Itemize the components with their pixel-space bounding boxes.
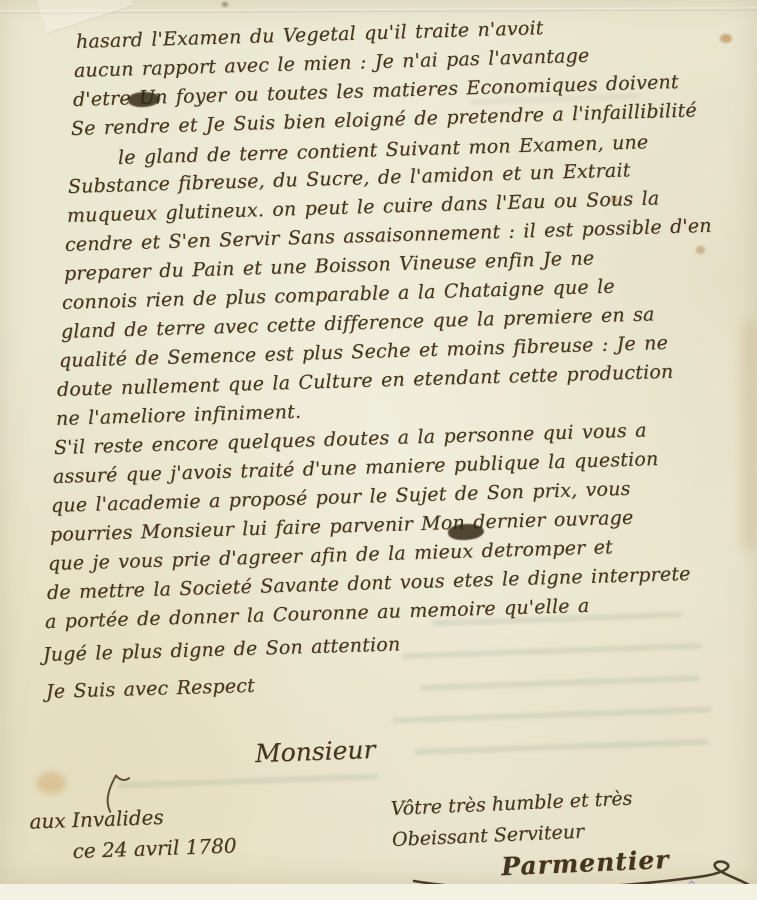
signature-paraph-icon: [408, 855, 757, 884]
foxing-stain: [36, 772, 66, 794]
salutation: Monsieur: [255, 733, 436, 768]
date-line: ce 24 avril 1780: [72, 833, 237, 863]
ink-showthrough: [392, 706, 712, 723]
ink-showthrough: [118, 773, 378, 788]
place-date-block: aux Invalides ce 24 avril 1780: [29, 802, 237, 864]
letter-page: hasard l'Examen du Vegetal qu'il traite …: [0, 0, 757, 884]
scan-margin: [0, 884, 757, 900]
ink-showthrough: [414, 739, 709, 755]
letter-scan: hasard l'Examen du Vegetal qu'il traite …: [0, 0, 757, 900]
letter-body: hasard l'Examen du Vegetal qu'il traite …: [40, 28, 740, 707]
valediction-line: Vôtre très humble et très: [390, 786, 667, 820]
foxing-stain: [742, 320, 757, 550]
foxing-stain: [222, 2, 228, 7]
pen-flourish-icon: [86, 772, 137, 816]
